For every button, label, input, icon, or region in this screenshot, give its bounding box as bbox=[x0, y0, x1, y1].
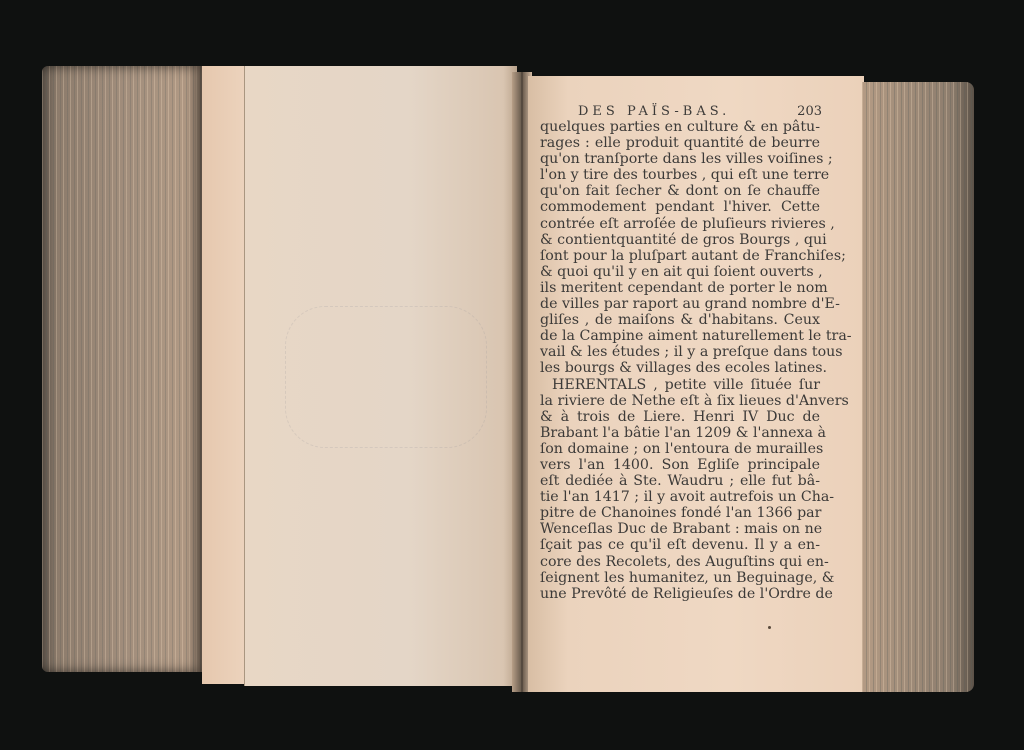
text-line: core des Recolets, des Auguſtins qui en- bbox=[540, 554, 820, 570]
page-header: DES PAÏS-BAS. 203 bbox=[578, 104, 822, 119]
text-line: de la Campine aiment naturellement le tr… bbox=[540, 328, 820, 344]
text-line: la riviere de Nethe eſt à ſix lieues d'A… bbox=[540, 393, 820, 409]
text-line: HERENTALS , petite ville ſituée ſur bbox=[540, 377, 820, 393]
text-line: Brabant l'a bâtie l'an 1209 & l'annexa à bbox=[540, 425, 820, 441]
left-page-margin bbox=[202, 66, 246, 684]
text-line: Wenceſlas Duc de Brabant : mais on ne bbox=[540, 521, 820, 537]
text-line: vers l'an 1400. Son Egliſe principale bbox=[540, 457, 820, 473]
open-book: DES PAÏS-BAS. 203 quelques parties en cu… bbox=[0, 0, 1024, 750]
text-line: ſçait pas ce qu'il eſt devenu. Il y a en… bbox=[540, 537, 820, 553]
page-text: quelques parties en culture & en pâtu-ra… bbox=[540, 119, 820, 602]
page-number: 203 bbox=[797, 104, 822, 119]
text-line: commodement pendant l'hiver. Cette bbox=[540, 199, 820, 215]
text-line: de villes par raport au grand nombre d'E… bbox=[540, 296, 820, 312]
text-line: eſt dediée à Ste. Waudru ; elle fut bâ- bbox=[540, 473, 820, 489]
text-line: ſon domaine ; on l'entoura de murailles bbox=[540, 441, 820, 457]
running-head: DES PAÏS-BAS. bbox=[578, 104, 730, 119]
text-line: quelques parties en culture & en pâtu- bbox=[540, 119, 820, 135]
text-line: vail & les études ; il y a preſque dans … bbox=[540, 344, 820, 360]
text-line: qu'on tranſporte dans les villes voiſine… bbox=[540, 151, 820, 167]
left-page-edges bbox=[42, 66, 202, 672]
show-through-impression bbox=[285, 306, 487, 448]
text-line: une Prevôté de Religieuſes de l'Ordre de bbox=[540, 586, 820, 602]
text-line: gliſes , de maiſons & d'habitans. Ceux bbox=[540, 312, 820, 328]
text-line: contrée eſt arroſée de pluſieurs riviere… bbox=[540, 216, 820, 232]
text-line: rages : elle produit quantité de beurre bbox=[540, 135, 820, 151]
left-page-blank bbox=[244, 66, 517, 686]
text-line: & à trois de Liere. Henri IV Duc de bbox=[540, 409, 820, 425]
ink-fleck bbox=[768, 626, 771, 629]
right-page-edges bbox=[862, 82, 974, 692]
text-line: ils meritent cependant de porter le nom bbox=[540, 280, 820, 296]
text-line: qu'on fait ſecher & dont on ſe chauffe bbox=[540, 183, 820, 199]
text-line: pitre de Chanoines fondé l'an 1366 par bbox=[540, 505, 820, 521]
text-line: & contientquantité de gros Bourgs , qui bbox=[540, 232, 820, 248]
text-line: l'on y tire des tourbes , qui eſt une te… bbox=[540, 167, 820, 183]
text-line: & quoi qu'il y en ait qui ſoient ouverts… bbox=[540, 264, 820, 280]
text-line: les bourgs & villages des ecoles latines… bbox=[540, 360, 820, 376]
text-line: ſont pour la pluſpart autant de Franchiſ… bbox=[540, 248, 820, 264]
text-line: ſeignent les humanitez, un Beguinage, & bbox=[540, 570, 820, 586]
text-line: tie l'an 1417 ; il y avoit autrefois un … bbox=[540, 489, 820, 505]
